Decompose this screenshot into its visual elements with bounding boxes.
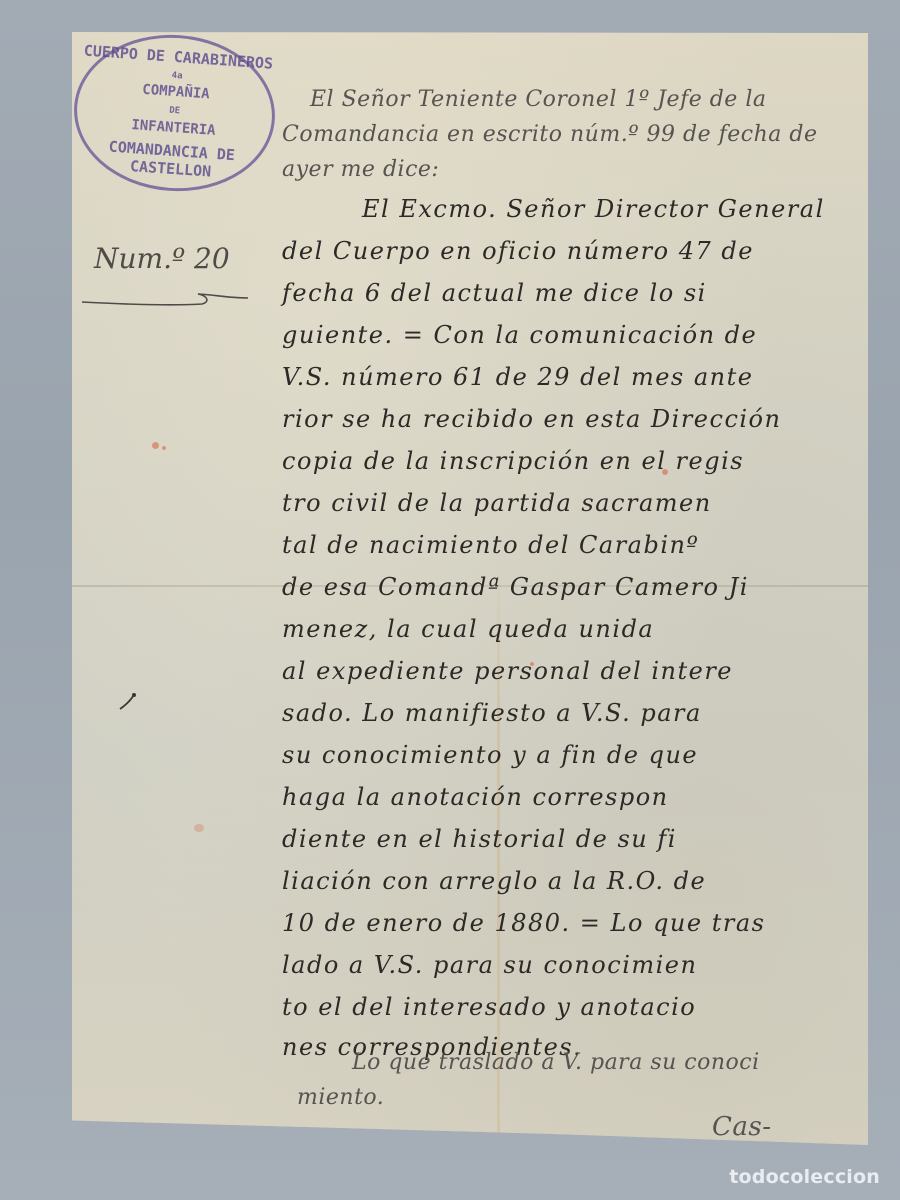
- red-ink-spot: [152, 442, 159, 449]
- body-line-6: rior se ha recibido en esta Dirección: [282, 405, 781, 433]
- ink-blot-icon: [116, 687, 146, 717]
- body-line-15: haga la anotación correspon: [282, 783, 669, 811]
- document-page: CUERPO DE CARABINEROS 4a COMPAÑIA DE INF…: [72, 32, 868, 1145]
- body-line-12: al expediente personal del intere: [282, 657, 733, 685]
- underline-flourish-icon: [80, 282, 250, 312]
- body-line-18: 10 de enero de 1880. = Lo que tras: [282, 909, 765, 937]
- body-line-1: El Excmo. Señor Director General: [362, 195, 825, 223]
- red-ink-spot: [162, 446, 166, 450]
- body-line-11: menez, la cual queda unida: [282, 615, 654, 643]
- header-line-3: ayer me dice:: [282, 157, 439, 182]
- body-line-7: copia de la inscripción en el regis: [282, 447, 744, 475]
- red-ink-spot: [194, 824, 204, 832]
- body-line-4: guiente. = Con la comunicación de: [282, 321, 757, 349]
- body-line-20: to el del interesado y anotacio: [282, 993, 696, 1021]
- closing-line-1: Lo que traslado a V. para su conoci: [352, 1050, 760, 1075]
- body-line-3: fecha 6 del actual me dice lo si: [282, 279, 707, 307]
- body-line-8: tro civil de la partida sacramen: [282, 489, 712, 517]
- body-line-5: V.S. número 61 de 29 del mes ante: [282, 363, 753, 391]
- watermark-logo: todocoleccion: [729, 1166, 880, 1188]
- header-line-2: Comandancia en escrito núm.º 99 de fecha…: [282, 122, 817, 147]
- stamp-bottom-text: COMANDANCIA DE CASTELLON: [73, 135, 270, 185]
- body-line-14: su conocimiento y a fin de que: [282, 741, 698, 769]
- body-line-16: diente en el historial de su fi: [282, 825, 677, 853]
- red-ink-spot: [530, 662, 534, 666]
- margin-number: Num.º 20: [94, 242, 230, 275]
- header-line-1: El Señor Teniente Coronel 1º Jefe de la: [310, 87, 766, 112]
- body-line-10: de esa Comandª Gaspar Camero Ji: [282, 573, 749, 601]
- red-ink-spot: [662, 469, 668, 475]
- body-line-9: tal de nacimiento del Carabinº: [282, 531, 699, 559]
- body-line-19: lado a V.S. para su conocimien: [282, 951, 697, 979]
- body-line-2: del Cuerpo en oficio número 47 de: [282, 237, 754, 265]
- body-line-13: sado. Lo manifiesto a V.S. para: [282, 699, 702, 727]
- closing-line-2: miento.: [297, 1085, 384, 1110]
- body-line-17: liación con arreglo a la R.O. de: [282, 867, 706, 895]
- signature: Cas-: [712, 1112, 772, 1142]
- ink-stamp: CUERPO DE CARABINEROS 4a COMPAÑIA DE INF…: [69, 28, 280, 198]
